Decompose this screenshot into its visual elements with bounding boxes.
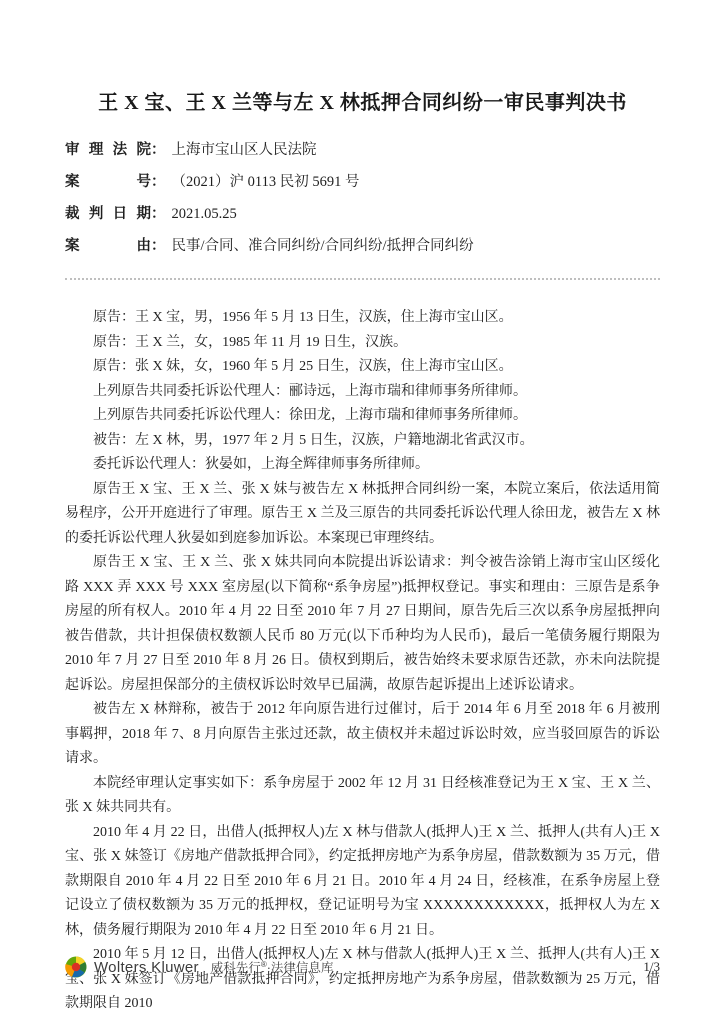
judgment-document-page: 王 X 宝、王 X 兰等与左 X 林抵押合同纠纷一审民事判决书 审理法院： 上海… (0, 0, 724, 1024)
page-footer: Wolters Kluwer 威科先行®·法律信息库 1/3 (65, 956, 660, 978)
meta-row-court: 审理法院： 上海市宝山区人民法院 (65, 142, 660, 158)
product-name-suffix: ·法律信息库 (267, 961, 334, 975)
meta-colon: ： (151, 238, 166, 254)
meta-colon: ： (151, 142, 166, 158)
brand-name: Wolters Kluwer (94, 959, 199, 976)
meta-value-judgment-date: 2021.05.25 (172, 206, 237, 222)
meta-row-cause-of-action: 案由： 民事/合同、准合同纠纷/合同纠纷/抵押合同纠纷 (65, 238, 660, 254)
paragraph-plaintiff-agent-2: 上列原告共同委托诉讼代理人：徐田龙，上海市瑞和律师事务所律师。 (65, 404, 660, 429)
document-title: 王 X 宝、王 X 兰等与左 X 林抵押合同纠纷一审民事判决书 (65, 86, 660, 115)
meta-label-judgment-date: 裁判日期 (65, 206, 151, 222)
meta-row-case-number: 案号： （2021）沪 0113 民初 5691 号 (65, 174, 660, 190)
meta-label-court: 审理法院 (65, 142, 151, 158)
case-meta-block: 审理法院： 上海市宝山区人民法院 案号： （2021）沪 0113 民初 569… (65, 142, 660, 254)
paragraph-plaintiff-1: 原告：王 X 宝，男，1956 年 5 月 13 日生，汉族，住上海市宝山区。 (65, 306, 660, 331)
meta-label-cause-of-action: 案由 (65, 238, 151, 254)
meta-label-case-number: 案号 (65, 174, 151, 190)
paragraph-plaintiff-2: 原告：王 X 兰，女，1985 年 11 月 19 日生，汉族。 (65, 331, 660, 356)
meta-value-case-number: （2021）沪 0113 民初 5691 号 (172, 174, 360, 190)
dotted-divider (65, 278, 660, 280)
paragraph-defendant: 被告：左 X 林，男，1977 年 2 月 5 日生，汉族，户籍地湖北省武汉市。 (65, 429, 660, 454)
paragraph-procedure: 原告王 X 宝、王 X 兰、张 X 妹与被告左 X 林抵押合同纠纷一案，本院立案… (65, 478, 660, 552)
paragraph-claims: 原告王 X 宝、王 X 兰、张 X 妹共同向本院提出诉讼请求：判令被告涂销上海市… (65, 551, 660, 698)
meta-colon: ： (151, 174, 166, 190)
paragraph-defendant-agent: 委托诉讼代理人：狄晏如，上海全辉律师事务所律师。 (65, 453, 660, 478)
document-content: 王 X 宝、王 X 兰等与左 X 林抵押合同纠纷一审民事判决书 审理法院： 上海… (0, 0, 724, 1017)
paragraph-findings-loan-1: 2010 年 4 月 22 日，出借人(抵押权人)左 X 林与借款人(抵押人)王… (65, 821, 660, 944)
paragraph-findings-intro: 本院经审理认定事实如下：系争房屋于 2002 年 12 月 31 日经核准登记为… (65, 772, 660, 821)
meta-colon: ： (151, 206, 166, 222)
meta-value-court: 上海市宝山区人民法院 (172, 142, 317, 158)
paragraph-findings-loan-2: 2010 年 5 月 12 日，出借人(抵押权人)左 X 林与借款人(抵押人)王… (65, 943, 660, 1017)
meta-row-judgment-date: 裁判日期： 2021.05.25 (65, 206, 660, 222)
paragraph-defense: 被告左 X 林辩称，被告于 2012 年向原告进行过催讨，后于 2014 年 6… (65, 698, 660, 772)
paragraph-plaintiff-3: 原告：张 X 妹，女，1960 年 5 月 25 日生，汉族，住上海市宝山区。 (65, 355, 660, 380)
paragraph-plaintiff-agent-1: 上列原告共同委托诉讼代理人：郦诗远，上海市瑞和律师事务所律师。 (65, 380, 660, 405)
product-name: 威科先行®·法律信息库 (211, 958, 334, 976)
page-number: 1/3 (643, 959, 660, 975)
product-name-text: 威科先行 (211, 961, 261, 975)
wolters-kluwer-logo-icon (65, 956, 87, 978)
footer-brand-group: Wolters Kluwer 威科先行®·法律信息库 (65, 956, 333, 978)
judgment-body: 原告：王 X 宝，男，1956 年 5 月 13 日生，汉族，住上海市宝山区。 … (65, 306, 660, 1017)
meta-value-cause-of-action: 民事/合同、准合同纠纷/合同纠纷/抵押合同纠纷 (172, 238, 474, 254)
